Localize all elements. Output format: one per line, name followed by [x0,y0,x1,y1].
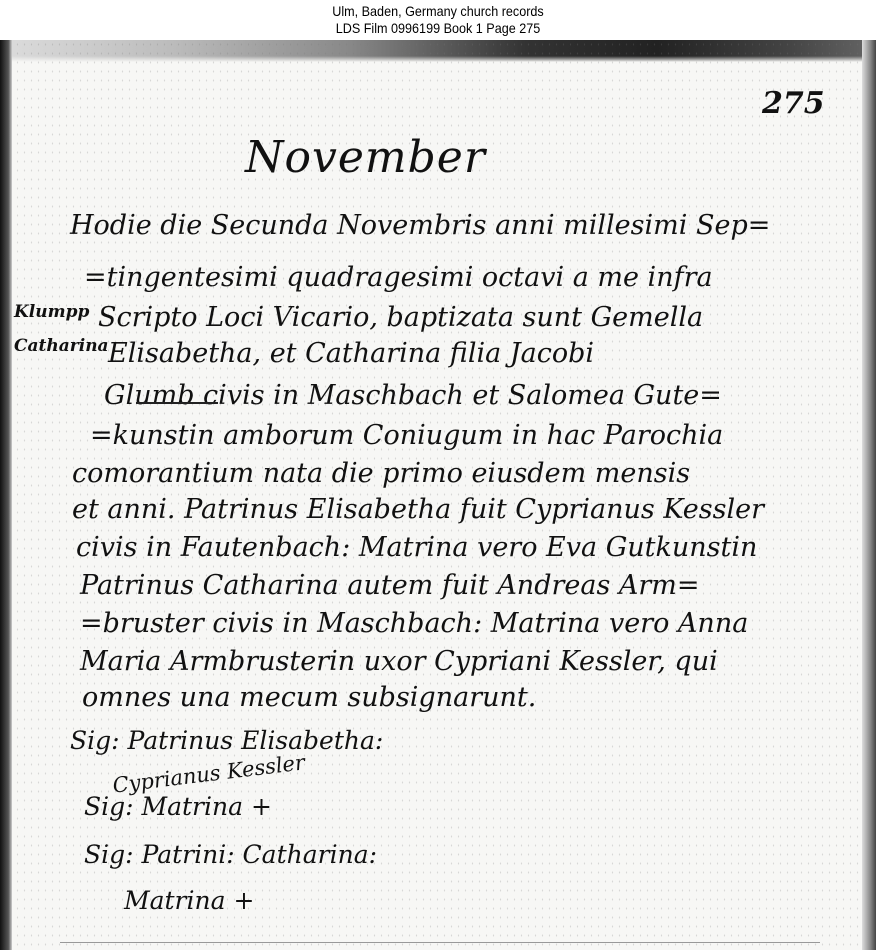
signature-matrina-elisabetha: Sig: Matrina + [84,792,272,821]
entry-line-11: =bruster civis in Maschbach: Matrina ver… [80,608,748,639]
signature-patrini-catharina: Sig: Patrini: Catharina: [84,840,377,869]
signature-patrinus-elisabetha: Sig: Patrinus Elisabetha: [70,726,383,755]
entry-line-13: omnes una mecum subsignarunt. [82,682,536,713]
page-right-edge [862,40,876,950]
entry-line-12: Maria Armbrusterin uxor Cypriani Kessler… [80,646,718,677]
signature-matrina-catharina: Matrina + [124,886,254,915]
caption-film-reference: LDS Film 0996199 Book 1 Page 275 [44,20,832,37]
page-number: 275 [762,86,825,121]
scanned-register-page: 275 November Klumpp Catharina Hodie die … [0,40,876,950]
underline-mark [136,402,218,404]
entry-line-4: Elisabetha, et Catharina filia Jacobi [108,338,594,369]
entry-line-6: =kunstin amborum Coniugum in hac Parochi… [90,420,723,451]
caption-title: Ulm, Baden, Germany church records [44,0,832,20]
entry-line-7: comorantium nata die primo eiusdem mensi… [72,458,690,489]
entry-line-2: =tingentesimi quadragesimi octavi a me i… [84,262,713,293]
entry-line-8: et anni. Patrinus Elisabetha fuit Cypria… [72,494,764,525]
entry-line-10: Patrinus Catharina autem fuit Andreas Ar… [80,570,700,601]
page-left-edge [0,40,12,950]
entry-line-5: Glumb civis in Maschbach et Salomea Gute… [104,380,722,411]
entry-line-3: Scripto Loci Vicario, baptizata sunt Gem… [98,302,703,333]
margin-note-given-name: Catharina [14,336,109,356]
entry-line-1: Hodie die Secunda Novembris anni millesi… [70,210,770,241]
entry-line-9: civis in Fautenbach: Matrina vero Eva Gu… [76,532,757,563]
margin-note-surname: Klumpp [14,302,89,322]
month-heading: November [245,132,486,183]
next-entry-cutoff [60,942,820,943]
record-caption: Ulm, Baden, Germany church records LDS F… [0,0,876,40]
